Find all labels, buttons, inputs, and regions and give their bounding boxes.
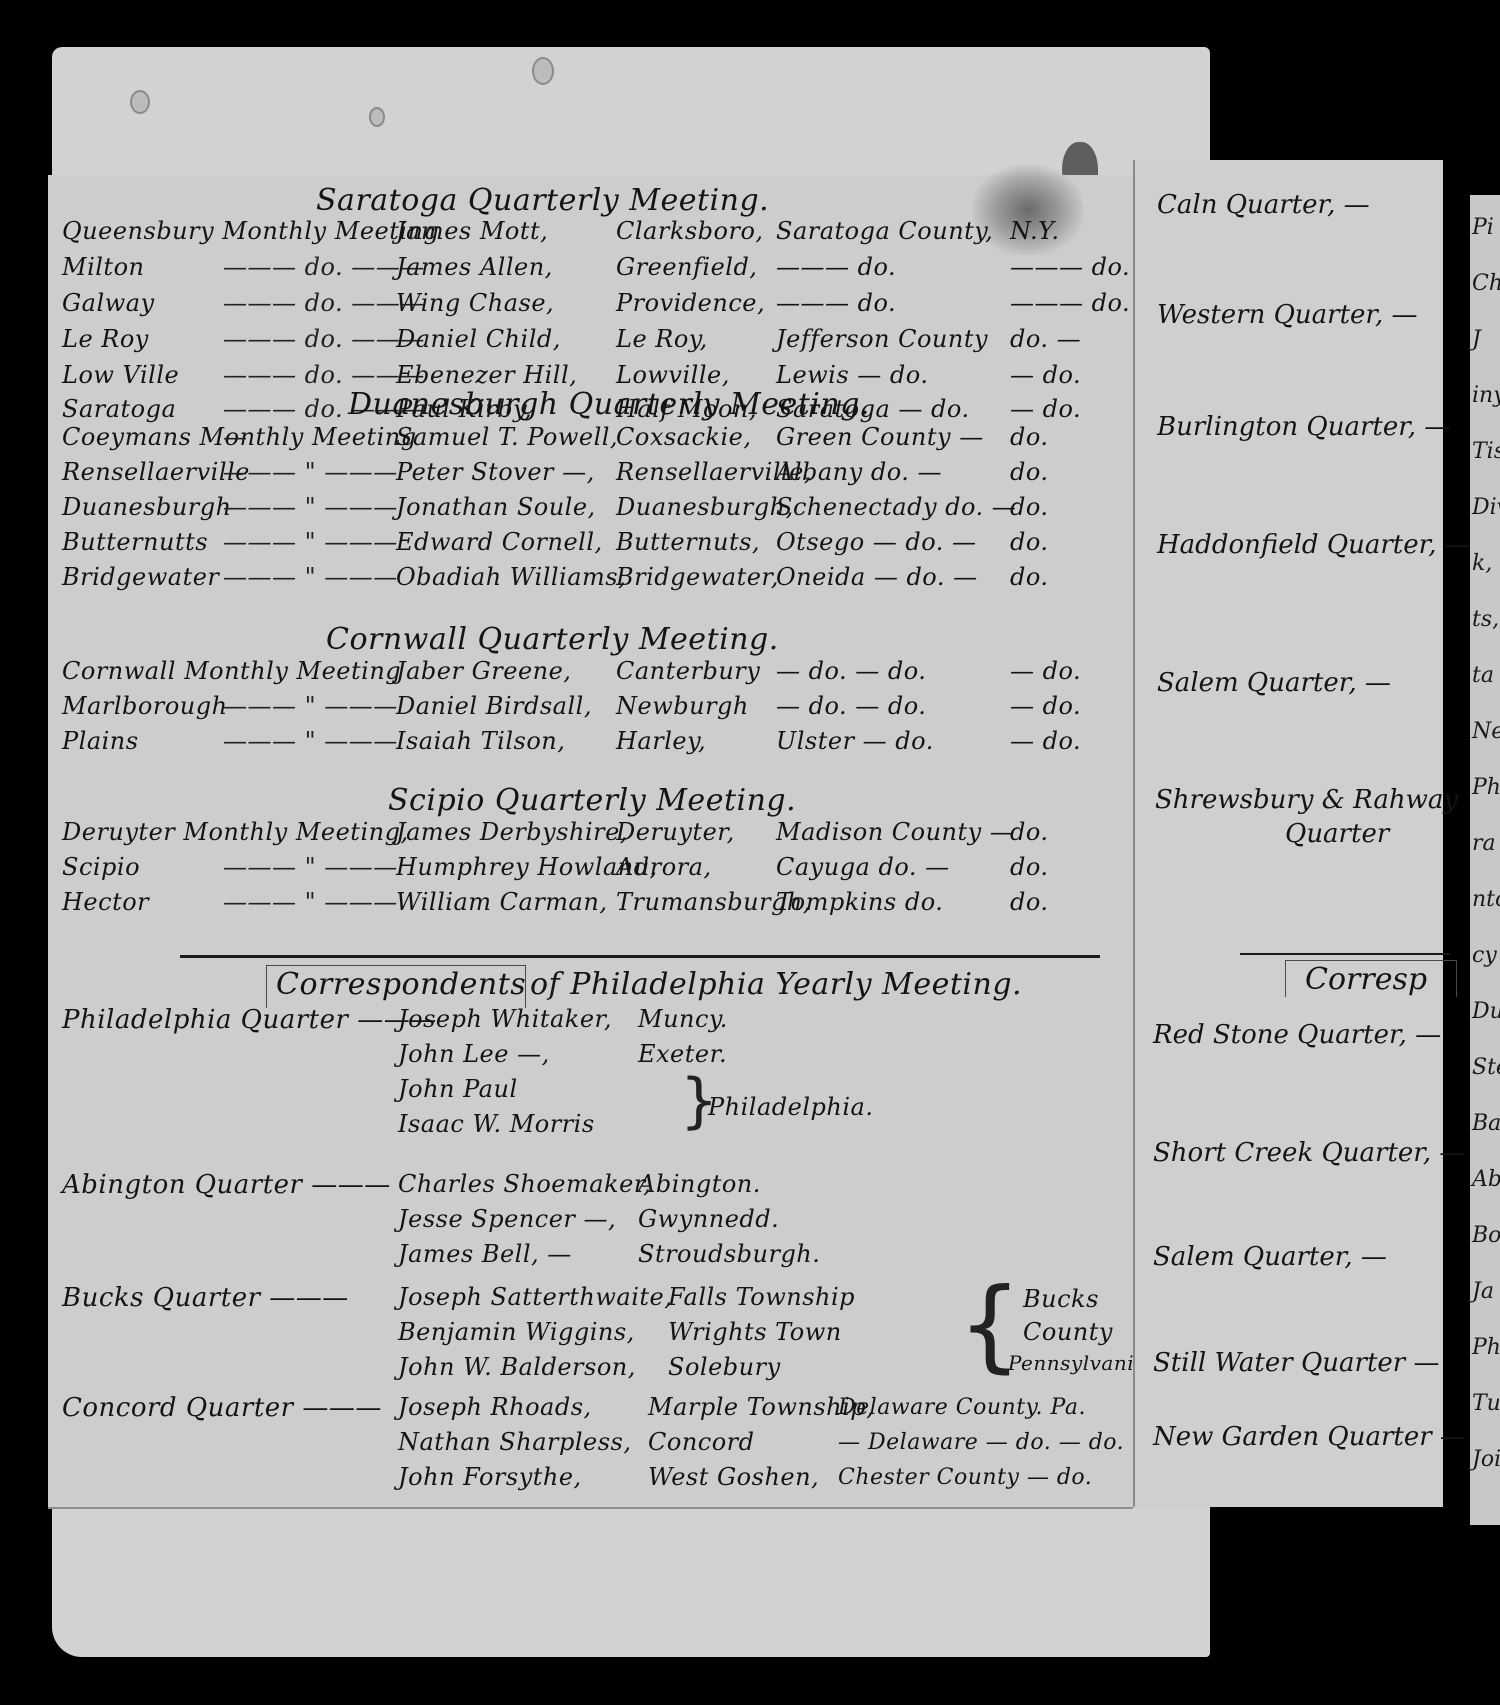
representative-name: Jaber Greene, bbox=[396, 657, 571, 685]
correspondent-place: Falls Township bbox=[668, 1283, 855, 1311]
correspondent-place: Exeter. bbox=[638, 1040, 727, 1068]
correspondent-place: West Goshen, bbox=[648, 1463, 819, 1491]
state: do. bbox=[1010, 853, 1049, 881]
section-heading: Duanesburgh Quarterly Meeting. bbox=[348, 387, 870, 422]
text-fragment: J bbox=[1472, 327, 1481, 352]
county: Madison County — bbox=[776, 818, 1014, 846]
quarter-name: Haddonfield Quarter, — bbox=[1157, 530, 1471, 560]
county: Lewis — do. bbox=[776, 361, 928, 389]
correspondent-place: Wrights Town bbox=[668, 1318, 842, 1346]
adjacent-page-strip: PiChJinyTis,Divik,ts,taNePhrantoncyDucSt… bbox=[1470, 195, 1500, 1525]
ditto-separator: ——— " ——— bbox=[223, 888, 398, 916]
monthly-meeting: Low Ville bbox=[62, 361, 179, 389]
town: Deruyter, bbox=[616, 818, 735, 846]
monthly-meeting: Butternutts bbox=[62, 528, 208, 556]
monthly-meeting: Duanesburgh bbox=[62, 493, 232, 521]
ditto-separator: ——— " ——— bbox=[223, 458, 398, 486]
correspondent-name: Jesse Spencer —, bbox=[398, 1205, 616, 1233]
county: Otsego — do. — bbox=[776, 528, 977, 556]
town: Bridgewater, bbox=[616, 563, 779, 591]
representative-name: Wing Chase, bbox=[396, 289, 554, 317]
bracket-place: Pennsylvania bbox=[1008, 1351, 1147, 1375]
town: Duanesburgh, bbox=[616, 493, 794, 521]
state: — do. bbox=[1010, 657, 1081, 685]
correspondent-name: Joseph Whitaker, bbox=[398, 1005, 612, 1033]
representative-name: Jonathan Soule, bbox=[396, 493, 596, 521]
state: — do. bbox=[1010, 692, 1081, 720]
county: Green County — bbox=[776, 423, 984, 451]
text-fragment: cy bbox=[1472, 943, 1497, 968]
monthly-meeting: Rensellaerville bbox=[62, 458, 250, 486]
state: do. bbox=[1010, 888, 1049, 916]
text-fragment: Ch bbox=[1472, 271, 1500, 296]
quarter-name-continued: Quarter bbox=[1285, 819, 1389, 849]
divider-rule bbox=[180, 955, 1100, 958]
monthly-meeting: Marlborough bbox=[62, 692, 228, 720]
monthly-meeting: Milton bbox=[62, 253, 144, 281]
text-fragment: Divi bbox=[1472, 495, 1500, 520]
correspondent-name: Nathan Sharpless, bbox=[398, 1428, 632, 1456]
town: Providence, bbox=[616, 289, 765, 317]
quarter-name: Western Quarter, — bbox=[1157, 300, 1418, 330]
town: Butternuts, bbox=[616, 528, 760, 556]
correspondent-county: Delaware County. Pa. bbox=[838, 1395, 1086, 1420]
stain bbox=[369, 107, 385, 127]
town: Greenfield, bbox=[616, 253, 757, 281]
ditto-separator: ——— " ——— bbox=[223, 528, 398, 556]
text-fragment: Tis, bbox=[1472, 439, 1500, 464]
town: Le Roy, bbox=[616, 325, 708, 353]
correspondent-name: Benjamin Wiggins, bbox=[398, 1318, 635, 1346]
text-fragment: Pi bbox=[1472, 215, 1494, 240]
text-fragment: Duc bbox=[1472, 999, 1500, 1024]
quarter-name: Bucks Quarter ——— bbox=[62, 1283, 349, 1313]
state: do. bbox=[1010, 563, 1049, 591]
text-fragment: Bo bbox=[1472, 1223, 1500, 1248]
representative-name: James Allen, bbox=[396, 253, 553, 281]
correspondent-name: John Forsythe, bbox=[398, 1463, 582, 1491]
ditto-separator: ——— do. ——— bbox=[223, 253, 425, 281]
quarter-name: Salem Quarter, — bbox=[1157, 668, 1391, 698]
stain bbox=[130, 90, 150, 114]
text-fragment: Ph bbox=[1472, 775, 1500, 800]
representative-name: Edward Cornell, bbox=[396, 528, 603, 556]
county: Jefferson County bbox=[776, 325, 988, 353]
state: do. bbox=[1010, 818, 1049, 846]
monthly-meeting: Deruyter Monthly Meeting, bbox=[62, 818, 409, 846]
correspondent-county: Chester County — do. bbox=[838, 1465, 1092, 1490]
county: ——— do. bbox=[776, 253, 896, 281]
town: Harley, bbox=[616, 727, 706, 755]
representative-name: Ebenezer Hill, bbox=[396, 361, 577, 389]
state: — do. bbox=[1010, 727, 1081, 755]
state: do. bbox=[1010, 493, 1049, 521]
county: Ulster — do. bbox=[776, 727, 934, 755]
correspondent-place: Muncy. bbox=[638, 1005, 728, 1033]
monthly-meeting: Bridgewater bbox=[62, 563, 219, 591]
town: Aurora, bbox=[616, 853, 712, 881]
correspondents-heading: of Philadelphia Yearly Meeting. bbox=[530, 967, 1022, 1002]
correspondent-place: Stroudsburgh. bbox=[638, 1240, 820, 1268]
text-fragment: Ph bbox=[1472, 1335, 1500, 1360]
text-fragment: ta bbox=[1472, 663, 1494, 688]
state: ——— do. bbox=[1010, 253, 1130, 281]
representative-name: James Mott, bbox=[396, 217, 548, 245]
correspondent-name: John Lee —, bbox=[398, 1040, 550, 1068]
state: — do. bbox=[1010, 361, 1081, 389]
bracket-place: Philadelphia. bbox=[708, 1093, 873, 1121]
section-heading: Scipio Quarterly Meeting. bbox=[388, 783, 796, 818]
right-page: Caln Quarter, —Western Quarter, —Burling… bbox=[1133, 160, 1443, 1507]
text-fragment: iny bbox=[1472, 383, 1500, 408]
correspondent-name: Charles Shoemaker, bbox=[398, 1170, 651, 1198]
monthly-meeting: Queensbury Monthly Meeting bbox=[62, 217, 439, 245]
ditto-separator: ——— do. ——— bbox=[223, 325, 425, 353]
correspondent-place: Abington. bbox=[638, 1170, 761, 1198]
bracket-place: Bucks bbox=[1023, 1285, 1099, 1313]
correspondent-place: Concord bbox=[648, 1428, 755, 1456]
ditto-separator: — bbox=[223, 423, 248, 451]
text-fragment: k, bbox=[1472, 551, 1492, 576]
representative-name: William Carman, bbox=[396, 888, 607, 916]
section-heading: Saratoga Quarterly Meeting. bbox=[316, 183, 769, 218]
correspondents-heading-boxed: Correspondents bbox=[276, 967, 526, 1002]
correspondent-name: Joseph Rhoads, bbox=[398, 1393, 592, 1421]
text-fragment: ra bbox=[1472, 831, 1496, 856]
text-fragment: Ja bbox=[1472, 1279, 1494, 1304]
quarter-name: Still Water Quarter — bbox=[1153, 1348, 1439, 1378]
left-page: Saratoga Quarterly Meeting. Queensbury M… bbox=[48, 175, 1133, 1509]
correspondent-name: Isaac W. Morris bbox=[398, 1110, 595, 1138]
text-fragment: Ab bbox=[1472, 1167, 1500, 1192]
ditto-separator: ——— " ——— bbox=[223, 692, 398, 720]
town: Coxsackie, bbox=[616, 423, 751, 451]
quarter-name: Abington Quarter ——— bbox=[62, 1170, 391, 1200]
correspondent-name: James Bell, — bbox=[398, 1240, 572, 1268]
text-fragment: Ne bbox=[1472, 719, 1500, 744]
correspondent-county: — Delaware — do. — do. bbox=[838, 1430, 1124, 1455]
monthly-meeting: Hector bbox=[62, 888, 149, 916]
county: Albany do. — bbox=[776, 458, 942, 486]
representative-name: Samuel T. Powell, bbox=[396, 423, 618, 451]
monthly-meeting: Cornwall Monthly Meeting bbox=[62, 657, 401, 685]
town: Newburgh bbox=[616, 692, 749, 720]
correspondent-place: Solebury bbox=[668, 1353, 781, 1381]
bracket-place: County bbox=[1023, 1318, 1113, 1346]
county: — do. — do. bbox=[776, 657, 926, 685]
quarter-name: Salem Quarter, — bbox=[1153, 1242, 1387, 1272]
county: Schenectady do. — bbox=[776, 493, 1016, 521]
quarter-name: Shrewsbury & Rahway bbox=[1155, 785, 1458, 815]
monthly-meeting: Galway bbox=[62, 289, 155, 317]
ditto-separator: ——— do. ——— bbox=[223, 289, 425, 317]
state: do. bbox=[1010, 528, 1049, 556]
quarter-name: Caln Quarter, — bbox=[1157, 190, 1370, 220]
town: Canterbury bbox=[616, 657, 760, 685]
representative-name: Daniel Child, bbox=[396, 325, 561, 353]
representative-name: Daniel Birdsall, bbox=[396, 692, 592, 720]
ditto-separator: ——— do. ——— bbox=[223, 361, 425, 389]
county: Saratoga County, bbox=[776, 217, 993, 245]
monthly-meeting: Saratoga bbox=[62, 395, 176, 423]
state: N.Y. bbox=[1010, 217, 1059, 245]
representative-name: James Derbyshire, bbox=[396, 818, 628, 846]
text-fragment: Tu bbox=[1472, 1391, 1500, 1416]
text-fragment: Ste bbox=[1472, 1055, 1500, 1080]
quarter-name: Short Creek Quarter, — bbox=[1153, 1138, 1465, 1168]
representative-name: Peter Stover —, bbox=[396, 458, 595, 486]
town: Lowville, bbox=[616, 361, 730, 389]
county: Cayuga do. — bbox=[776, 853, 950, 881]
ditto-separator: ——— " ——— bbox=[223, 563, 398, 591]
state: do. — bbox=[1010, 325, 1081, 353]
county: — do. — do. bbox=[776, 692, 926, 720]
quarter-name: Burlington Quarter, — bbox=[1157, 412, 1450, 442]
quarter-name: Red Stone Quarter, — bbox=[1153, 1020, 1441, 1050]
text-fragment: nton bbox=[1472, 887, 1500, 912]
county: Tompkins do. bbox=[776, 888, 943, 916]
monthly-meeting: Plains bbox=[62, 727, 139, 755]
divider-rule bbox=[1240, 953, 1450, 955]
section-heading: Cornwall Quarterly Meeting. bbox=[326, 622, 779, 657]
correspondents-heading: Corresp bbox=[1305, 962, 1427, 997]
representative-name: Obadiah Williams, bbox=[396, 563, 626, 591]
county: ——— do. bbox=[776, 289, 896, 317]
ditto-separator: ——— " ——— bbox=[223, 853, 398, 881]
monthly-meeting: Scipio bbox=[62, 853, 140, 881]
text-fragment: Joi bbox=[1472, 1447, 1500, 1472]
quarter-name: Philadelphia Quarter ——— bbox=[62, 1005, 437, 1035]
monthly-meeting: Le Roy bbox=[62, 325, 149, 353]
state: do. bbox=[1010, 458, 1049, 486]
state: ——— do. bbox=[1010, 289, 1130, 317]
correspondent-name: John Paul bbox=[398, 1075, 518, 1103]
correspondent-place: Gwynnedd. bbox=[638, 1205, 779, 1233]
county: Oneida — do. — bbox=[776, 563, 978, 591]
state: do. bbox=[1010, 423, 1049, 451]
state: — do. bbox=[1010, 395, 1081, 423]
quarter-name: New Garden Quarter — bbox=[1153, 1422, 1466, 1452]
correspondent-name: Joseph Satterthwaite, bbox=[398, 1283, 672, 1311]
text-fragment: Ba bbox=[1472, 1111, 1500, 1136]
representative-name: Isaiah Tilson, bbox=[396, 727, 565, 755]
town: Clarksboro, bbox=[616, 217, 764, 245]
correspondent-name: John W. Balderson, bbox=[398, 1353, 636, 1381]
ditto-separator: ——— " ——— bbox=[223, 727, 398, 755]
quarter-name: Concord Quarter ——— bbox=[62, 1393, 382, 1423]
stain bbox=[532, 57, 554, 85]
text-fragment: ts, bbox=[1472, 607, 1499, 632]
ditto-separator: ——— " ——— bbox=[223, 493, 398, 521]
